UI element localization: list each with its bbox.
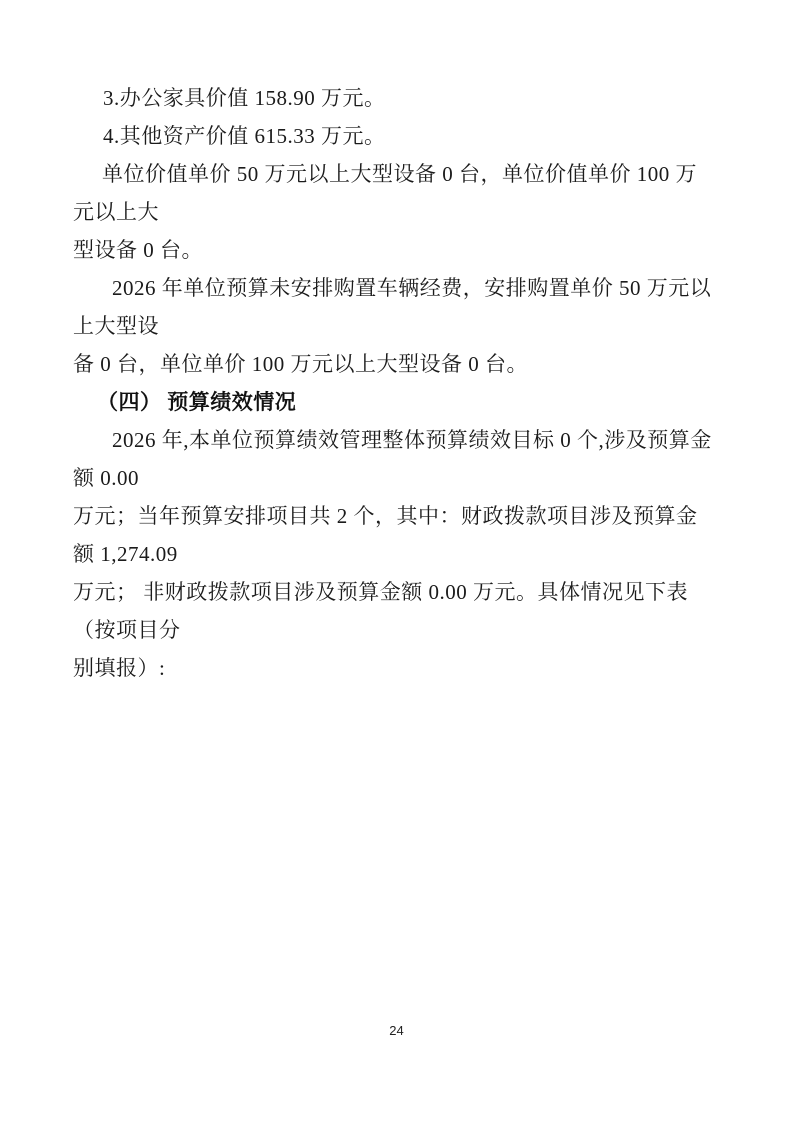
paragraph-other-assets-value: 4.其他资产价值 615.33 万元。 xyxy=(73,117,715,155)
document-page: 3.办公家具价值 158.90 万元。 4.其他资产价值 615.33 万元。 … xyxy=(0,0,793,1122)
paragraph-2026-vehicle-equipment-budget: 2026 年单位预算未安排购置车辆经费，安排购置单价 50 万元以上大型设 备 … xyxy=(73,269,715,383)
paragraph-large-equipment-count: 单位价值单价 50 万元以上大型设备 0 台，单位价值单价 100 万元以上大 … xyxy=(73,155,715,269)
section-heading-budget-performance: （四） 预算绩效情况 xyxy=(73,383,715,421)
paragraph-2026-performance-targets: 2026 年,本单位预算绩效管理整体预算绩效目标 0 个,涉及预算金额 0.00… xyxy=(73,421,715,687)
paragraph-office-furniture-value: 3.办公家具价值 158.90 万元。 xyxy=(73,79,715,117)
page-content: 3.办公家具价值 158.90 万元。 4.其他资产价值 615.33 万元。 … xyxy=(73,79,715,687)
page-number: 24 xyxy=(0,1022,793,1040)
